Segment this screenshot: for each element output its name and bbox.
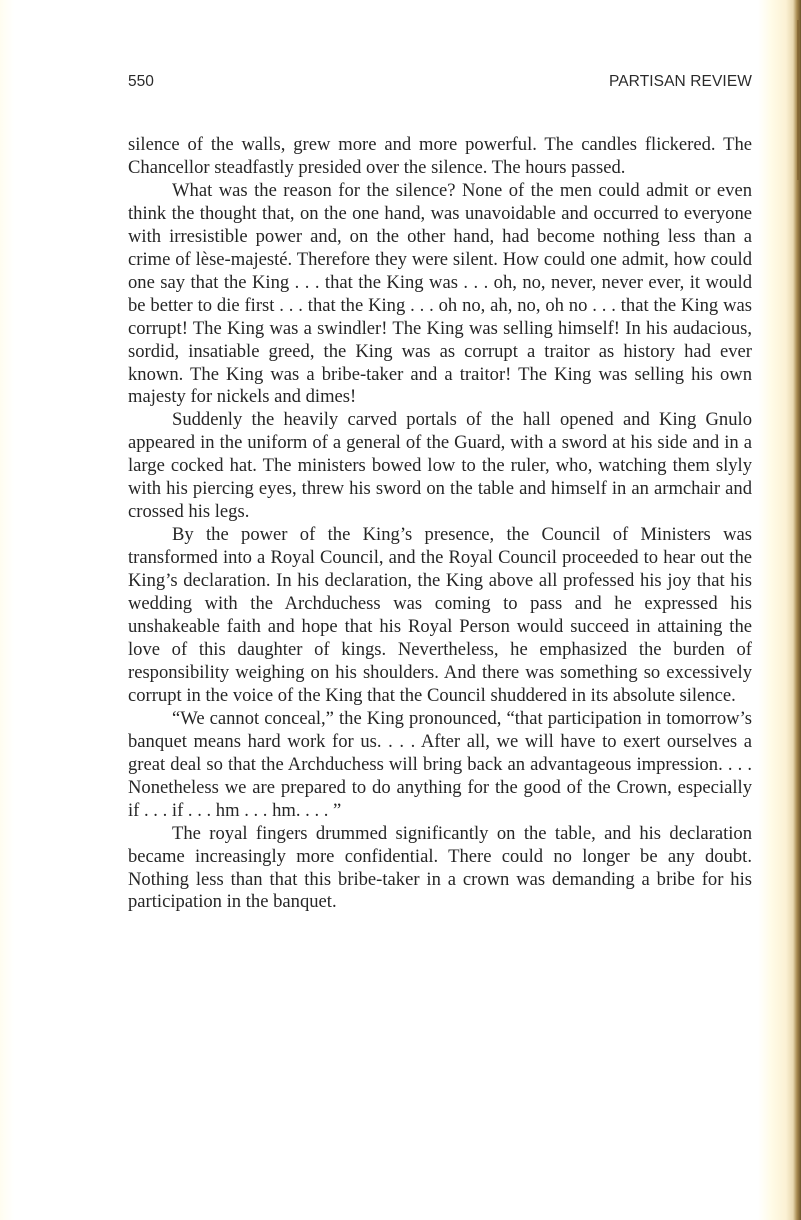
page-number: 550 xyxy=(128,73,154,91)
paragraph-continued: silence of the walls, grew more and more… xyxy=(128,134,752,180)
paragraph-royal-council: By the power of the King’s presence, the… xyxy=(128,524,752,708)
paragraph-king-appears: Suddenly the heavily carved portals of t… xyxy=(128,409,752,524)
paragraph-king-speech: “We cannot conceal,” the King pronounced… xyxy=(128,708,752,823)
body-text: silence of the walls, grew more and more… xyxy=(128,134,752,914)
paragraph-royal-fingers: The royal fingers drummed significantly … xyxy=(128,823,752,915)
running-head: 550 PARTISAN REVIEW xyxy=(128,73,752,95)
page-edge-shadow xyxy=(797,20,799,180)
journal-title: PARTISAN REVIEW xyxy=(609,73,752,91)
book-page: 550 PARTISAN REVIEW silence of the walls… xyxy=(0,0,801,1220)
paragraph-reason-for-silence: What was the reason for the silence? Non… xyxy=(128,180,752,410)
